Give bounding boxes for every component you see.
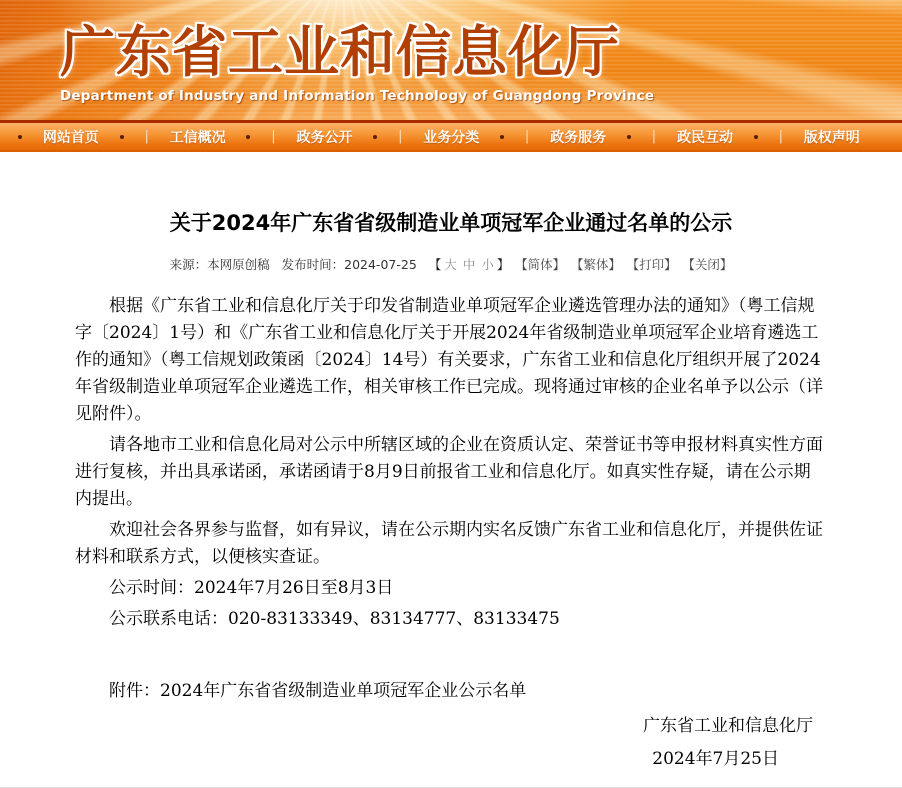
- publish-time-label: 发布时间：: [282, 257, 345, 272]
- main-nav: 网站首页 | 工信概况 | 政务公开 | 业务分类 | 政务服务 | 政民互动 …: [0, 123, 902, 152]
- font-size-medium-button[interactable]: 中: [463, 257, 476, 272]
- nav-separator: |: [271, 129, 275, 144]
- nav-item-copyright[interactable]: 版权声明: [804, 127, 860, 147]
- article-body: 关于2024年广东省省级制造业单项冠军企业通过名单的公示 来源：本网原创稿发布时…: [0, 210, 902, 773]
- source-value: 本网原创稿: [207, 257, 270, 272]
- signature-date: 2024年7月25日: [75, 746, 827, 773]
- close-button[interactable]: 【关闭】: [689, 257, 733, 272]
- nav-separator: |: [652, 129, 656, 144]
- nav-bullet-icon: [754, 135, 758, 139]
- signature-agency: 广东省工业和信息化厅: [75, 713, 827, 740]
- nav-item-home[interactable]: 网站首页: [43, 127, 99, 147]
- site-subtitle-en: Department of Industry and Information T…: [60, 88, 654, 104]
- nav-bullet-icon: [627, 135, 631, 139]
- article-title: 关于2024年广东省省级制造业单项冠军企业通过名单的公示: [75, 210, 827, 237]
- print-button[interactable]: 【打印】: [633, 257, 677, 272]
- paragraph-basis: 根据《广东省工业和信息化厅关于印发省制造业单项冠军企业遴选管理办法的通知》（粤工…: [75, 293, 827, 428]
- publish-time-value: 2024-07-25: [344, 257, 417, 272]
- site-banner: 广东省工业和信息化厅 Department of Industry and In…: [0, 0, 902, 123]
- nav-item-gov-disclosure[interactable]: 政务公开: [296, 127, 352, 147]
- simplified-chinese-button[interactable]: 【简体】: [521, 257, 565, 272]
- article-meta: 来源：本网原创稿发布时间：2024-07-25【大中小】【简体】【繁体】【打印】…: [75, 257, 827, 273]
- notice-phone: 公示联系电话：020-83133349、83134777、83133475: [75, 606, 827, 633]
- notice-period: 公示时间：2024年7月26日至8月3日: [75, 575, 827, 602]
- site-masthead: 广东省工业和信息化厅 Department of Industry and In…: [60, 24, 654, 104]
- nav-bullet-icon: [246, 135, 250, 139]
- nav-item-gov-services[interactable]: 政务服务: [550, 127, 606, 147]
- font-size-small-button[interactable]: 小: [481, 257, 494, 272]
- nav-bullet-icon: [18, 135, 22, 139]
- paragraph-supervision: 欢迎社会各界参与监督，如有异议，请在公示期内实名反馈广东省工业和信息化厅，并提供…: [75, 517, 827, 571]
- nav-item-public-interaction[interactable]: 政民互动: [677, 127, 733, 147]
- site-title: 广东省工业和信息化厅: [60, 24, 654, 82]
- font-size-control: 【大中小】: [429, 257, 510, 272]
- nav-bullet-icon: [500, 135, 504, 139]
- nav-separator: |: [779, 129, 783, 144]
- nav-item-overview[interactable]: 工信概况: [170, 127, 226, 147]
- attachment-label: 附件：: [109, 681, 160, 701]
- nav-item-business-categories[interactable]: 业务分类: [423, 127, 479, 147]
- nav-bullet-icon: [120, 135, 124, 139]
- font-size-large-button[interactable]: 大: [444, 257, 457, 272]
- source-label: 来源：: [170, 257, 208, 272]
- nav-separator: |: [398, 129, 402, 144]
- traditional-chinese-button[interactable]: 【繁体】: [577, 257, 621, 272]
- paragraph-review-request: 请各地市工业和信息化局对公示中所辖区域的企业在资质认定、荣誉证书等申报材料真实性…: [75, 432, 827, 513]
- nav-bullet-icon: [373, 135, 377, 139]
- nav-separator: |: [144, 129, 148, 144]
- attachment-link[interactable]: 2024年广东省省级制造业单项冠军企业公示名单: [160, 681, 526, 701]
- attachment-line: 附件：2024年广东省省级制造业单项冠军企业公示名单: [75, 678, 827, 705]
- nav-separator: |: [525, 129, 529, 144]
